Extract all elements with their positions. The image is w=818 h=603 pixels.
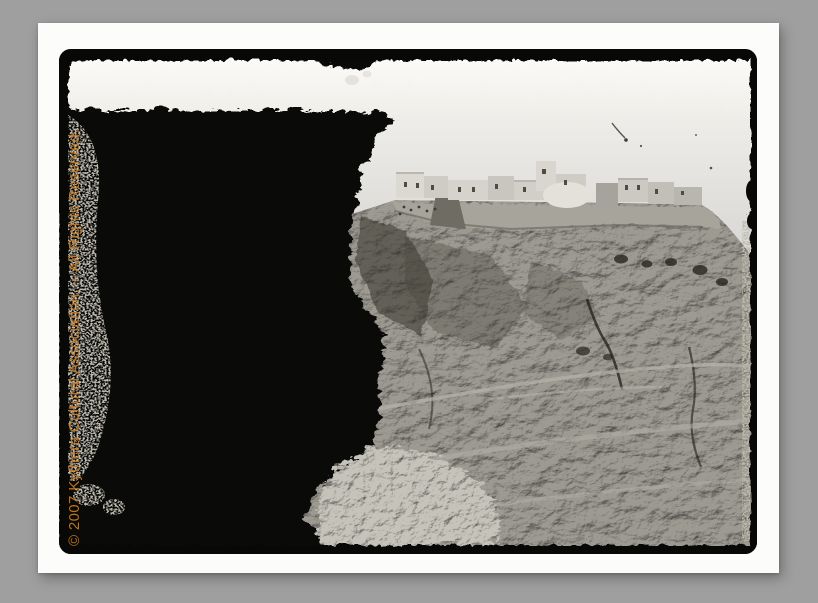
copyright-watermark: © 2007 Kythera Cultural Association. – A… (66, 129, 83, 546)
glass-plate-photograph: © 2007 Kythera Cultural Association. – A… (59, 49, 757, 554)
plate-edge-strip (742, 221, 750, 541)
page-background: { "watermark": { "text": "© 2007 Kythera… (0, 0, 818, 603)
photo-mat: © 2007 Kythera Cultural Association. – A… (38, 23, 779, 573)
right-border-bump (747, 213, 757, 229)
photo-scene (59, 49, 757, 554)
